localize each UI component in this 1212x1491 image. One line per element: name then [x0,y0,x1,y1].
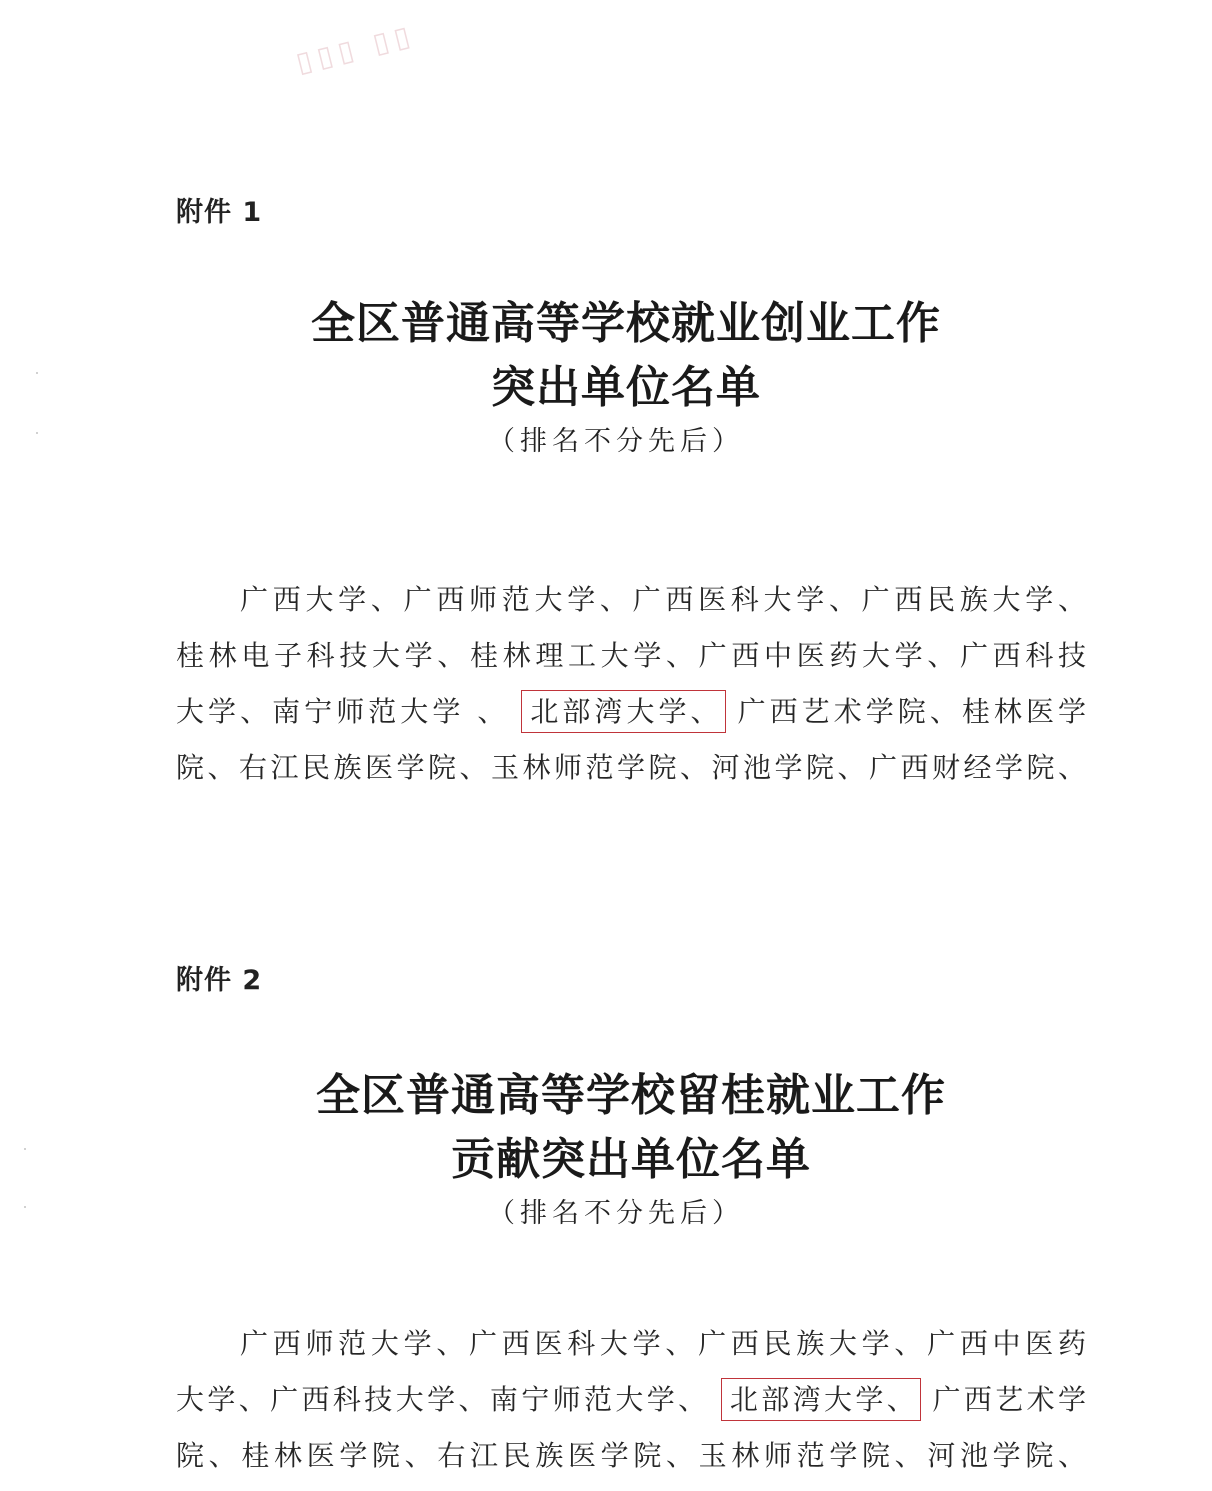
list-line: 院、桂林医学院、右江民族医学院、玉林师范学院、河池学院、 [176,1428,1086,1484]
attachment-2-label: 附件 2 [176,958,262,997]
highlighted-university: 北部湾大学、 [522,691,724,732]
list-line: 广西大学、广西师范大学、广西医科大学、广西民族大学、 [176,572,1086,628]
list-text: 广西大学、广西师范大学、广西医科大学、广西民族大学、 [240,583,1086,616]
list-line: 大学、广西科技大学、南宁师范大学、 北部湾大学、 广西艺术学 [176,1372,1086,1428]
list-text: 院、右江民族医学院、玉林师范学院、河池学院、广西财经学院、 [176,751,1086,784]
list-text: 大学、广西科技大学、南宁师范大学、 [176,1383,710,1416]
attachment-2-subtitle: （排名不分先后） [0,1194,1212,1234]
list-line: 院、右江民族医学院、玉林师范学院、河池学院、广西财经学院、 [176,740,1086,796]
attachment-1-university-list: 广西大学、广西师范大学、广西医科大学、广西民族大学、 桂林电子科技大学、桂林理工… [176,572,1086,796]
list-line: 广西师范大学、广西医科大学、广西民族大学、广西中医药 [176,1316,1086,1372]
list-text: 院、桂林医学院、右江民族医学院、玉林师范学院、河池学院、 [176,1439,1086,1472]
attachment-1-title-block: 全区普通高等学校就业创业工作 突出单位名单 （排名不分先后） [0,292,1212,462]
faded-stamp: ▯▯▯ ▯▯ [293,0,538,134]
list-text: 广西艺术学院、桂林医学 [738,695,1086,728]
attachment-2-title-line2: 贡献突出单位名单 [0,1128,1212,1192]
attachment-1-title-line1: 全区普通高等学校就业创业工作 [0,292,1212,356]
attachment-1-title-line2: 突出单位名单 [0,356,1212,420]
attachment-1-label: 附件 1 [176,190,262,229]
attachment-2-title-line1: 全区普通高等学校留桂就业工作 [0,1064,1212,1128]
attachment-1-subtitle: （排名不分先后） [0,422,1212,462]
attachment-2-title-block: 全区普通高等学校留桂就业工作 贡献突出单位名单 （排名不分先后） [0,1064,1212,1234]
list-line: 桂林电子科技大学、桂林理工大学、广西中医药大学、广西科技 [176,628,1086,684]
attachment-2-university-list: 广西师范大学、广西医科大学、广西民族大学、广西中医药 大学、广西科技大学、南宁师… [176,1316,1086,1484]
list-text: 广西师范大学、广西医科大学、广西民族大学、广西中医药 [240,1327,1086,1360]
highlighted-university: 北部湾大学、 [722,1379,920,1420]
list-text: 大学、南宁师范大学 、 [176,695,509,728]
list-text: 桂林电子科技大学、桂林理工大学、广西中医药大学、广西科技 [176,639,1086,672]
list-line: 大学、南宁师范大学 、 北部湾大学、 广西艺术学院、桂林医学 [176,684,1086,740]
list-text: 广西艺术学 [932,1383,1086,1416]
